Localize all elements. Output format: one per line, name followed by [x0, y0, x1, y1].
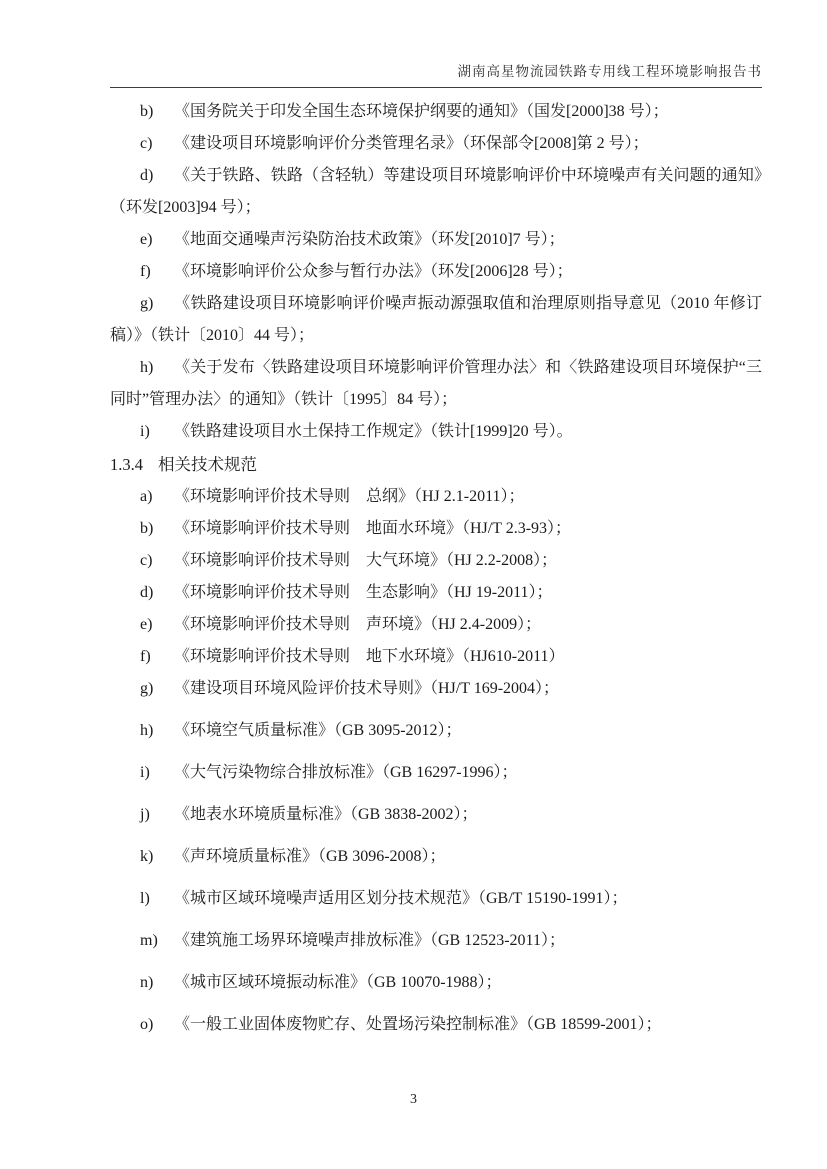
list-item: b)《国务院关于印发全国生态环境保护纲要的通知》（国发[2000]38 号）；	[110, 96, 762, 128]
list-item-text: 《声环境质量标准》（GB 3096-2008）；	[174, 848, 446, 865]
list-item-text: 《城市区域环境噪声适用区划分技术规范》（GB/T 15190-1991）；	[174, 890, 628, 907]
section-title: 相关技术规范	[158, 455, 257, 474]
list-item-text: 《大气污染物综合排放标准》（GB 16297-1996）；	[174, 764, 518, 781]
list-item-text: 《地面交通噪声污染防治技术政策》（环发[2010]7 号）；	[174, 231, 565, 248]
list-item-text: 《环境影响评价公众参与暂行办法》（环发[2006]28 号）；	[174, 263, 573, 280]
list-item-text: 《环境影响评价技术导则 地下水环境》（HJ610-2011）	[174, 648, 565, 665]
list-item-text: 《建设项目环境风险评价技术导则》（HJ/T 169-2004）；	[174, 680, 559, 697]
list-item-label: h)	[140, 715, 174, 747]
section-number: 1.3.4	[110, 455, 143, 474]
list-item-text: 《建筑施工场界环境噪声排放标准》（GB 12523-2011）；	[174, 932, 565, 949]
list-item: h)《环境空气质量标准》（GB 3095-2012）；	[110, 715, 762, 747]
document-body: b)《国务院关于印发全国生态环境保护纲要的通知》（国发[2000]38 号）； …	[110, 96, 762, 1041]
list-item: g)《建设项目环境风险评价技术导则》（HJ/T 169-2004）；	[110, 673, 762, 705]
list-item: j)《地表水环境质量标准》（GB 3838-2002）；	[110, 799, 762, 831]
list-item-text: 《建设项目环境影响评价分类管理名录》（环保部令[2008]第 2 号）；	[174, 135, 649, 152]
list-item-label: e)	[140, 609, 174, 641]
list-item-label: g)	[140, 288, 174, 320]
section-heading: 1.3.4相关技术规范	[110, 448, 762, 481]
list-item-text: 《国务院关于印发全国生态环境保护纲要的通知》（国发[2000]38 号）；	[174, 103, 669, 120]
list-item-label: b)	[140, 96, 174, 128]
page-footer: 3	[0, 1090, 827, 1108]
list-item-text: 《环境影响评价技术导则 地面水环境》（HJ/T 2.3-93）；	[174, 520, 571, 537]
list-item: a)《环境影响评价技术导则 总纲》（HJ 2.1-2011）；	[110, 481, 762, 513]
list-item-label: j)	[140, 799, 174, 831]
list-item-label: k)	[140, 841, 174, 873]
document-page: 湖南高星物流园铁路专用线工程环境影响报告书 b)《国务院关于印发全国生态环境保护…	[0, 0, 827, 1169]
list-item: k)《声环境质量标准》（GB 3096-2008）；	[110, 841, 762, 873]
list-item: g)《铁路建设项目环境影响评价噪声振动源强取值和治理原则指导意见（2010 年修…	[110, 288, 762, 352]
list-item-text: 《环境影响评价技术导则 生态影响》（HJ 19-2011）；	[174, 584, 553, 601]
list-item: n)《城市区域环境振动标准》（GB 10070-1988）；	[110, 967, 762, 999]
list-item-label: f)	[140, 256, 174, 288]
list-item: f)《环境影响评价公众参与暂行办法》（环发[2006]28 号）；	[110, 256, 762, 288]
list-item-label: o)	[140, 1009, 174, 1041]
list-item-label: n)	[140, 967, 174, 999]
list-item: h)《关于发布〈铁路建设项目环境影响评价管理办法〉和〈铁路建设项目环境保护“三同…	[110, 352, 762, 416]
list-item-label: g)	[140, 673, 174, 705]
list-item-label: e)	[140, 224, 174, 256]
list-item-label: i)	[140, 757, 174, 789]
list-item-label: m)	[140, 925, 174, 957]
list-item: d)《关于铁路、铁路（含轻轨）等建设项目环境影响评价中环境噪声有关问题的通知》（…	[110, 160, 762, 224]
list-item-label: h)	[140, 352, 174, 384]
list-item-label: c)	[140, 545, 174, 577]
list-item: l)《城市区域环境噪声适用区划分技术规范》（GB/T 15190-1991）；	[110, 883, 762, 915]
page-header: 湖南高星物流园铁路专用线工程环境影响报告书	[110, 62, 762, 88]
list-item: f)《环境影响评价技术导则 地下水环境》（HJ610-2011）	[110, 641, 762, 673]
list-item-label: d)	[140, 160, 174, 192]
list-item-label: c)	[140, 128, 174, 160]
list-item-text: 《城市区域环境振动标准》（GB 10070-1988）；	[174, 974, 502, 991]
list-item: i)《铁路建设项目水土保持工作规定》（铁计[1999]20 号）。	[110, 416, 762, 448]
list-item: e)《环境影响评价技术导则 声环境》（HJ 2.4-2009）；	[110, 609, 762, 641]
list-item: m)《建筑施工场界环境噪声排放标准》（GB 12523-2011）；	[110, 925, 762, 957]
list-item-text: 《关于发布〈铁路建设项目环境影响评价管理办法〉和〈铁路建设项目环境保护“三同时”…	[110, 359, 762, 408]
page-content: 湖南高星物流园铁路专用线工程环境影响报告书 b)《国务院关于印发全国生态环境保护…	[110, 62, 762, 1041]
tech-standards-list: a)《环境影响评价技术导则 总纲》（HJ 2.1-2011）； b)《环境影响评…	[110, 481, 762, 1041]
list-item-label: b)	[140, 513, 174, 545]
list-item-text: 《环境空气质量标准》（GB 3095-2012）；	[174, 722, 462, 739]
list-item-label: i)	[140, 416, 174, 448]
list-item-label: f)	[140, 641, 174, 673]
list-item-text: 《环境影响评价技术导则 总纲》（HJ 2.1-2011）；	[174, 488, 525, 505]
regulation-list: b)《国务院关于印发全国生态环境保护纲要的通知》（国发[2000]38 号）； …	[110, 96, 762, 448]
list-item: c)《建设项目环境影响评价分类管理名录》（环保部令[2008]第 2 号）；	[110, 128, 762, 160]
list-item: o)《一般工业固体废物贮存、处置场污染控制标准》（GB 18599-2001）；	[110, 1009, 762, 1041]
list-item-text: 《关于铁路、铁路（含轻轨）等建设项目环境影响评价中环境噪声有关问题的通知》（环发…	[110, 167, 762, 216]
page-number: 3	[410, 1092, 417, 1107]
list-item-text: 《铁路建设项目环境影响评价噪声振动源强取值和治理原则指导意见（2010 年修订稿…	[110, 295, 762, 344]
list-item-text: 《环境影响评价技术导则 声环境》（HJ 2.4-2009）；	[174, 616, 541, 633]
list-item: b)《环境影响评价技术导则 地面水环境》（HJ/T 2.3-93）；	[110, 513, 762, 545]
list-item: d)《环境影响评价技术导则 生态影响》（HJ 19-2011）；	[110, 577, 762, 609]
list-item-label: l)	[140, 883, 174, 915]
list-item-text: 《铁路建设项目水土保持工作规定》（铁计[1999]20 号）。	[174, 423, 573, 440]
list-item-text: 《地表水环境质量标准》（GB 3838-2002）；	[174, 806, 478, 823]
header-title: 湖南高星物流园铁路专用线工程环境影响报告书	[458, 64, 763, 79]
list-item-text: 《环境影响评价技术导则 大气环境》（HJ 2.2-2008）；	[174, 552, 557, 569]
list-item-text: 《一般工业固体废物贮存、处置场污染控制标准》（GB 18599-2001）；	[174, 1016, 662, 1033]
list-item: c)《环境影响评价技术导则 大气环境》（HJ 2.2-2008）；	[110, 545, 762, 577]
list-item: e)《地面交通噪声污染防治技术政策》（环发[2010]7 号）；	[110, 224, 762, 256]
list-item-label: d)	[140, 577, 174, 609]
list-item-label: a)	[140, 481, 174, 513]
list-item: i)《大气污染物综合排放标准》（GB 16297-1996）；	[110, 757, 762, 789]
